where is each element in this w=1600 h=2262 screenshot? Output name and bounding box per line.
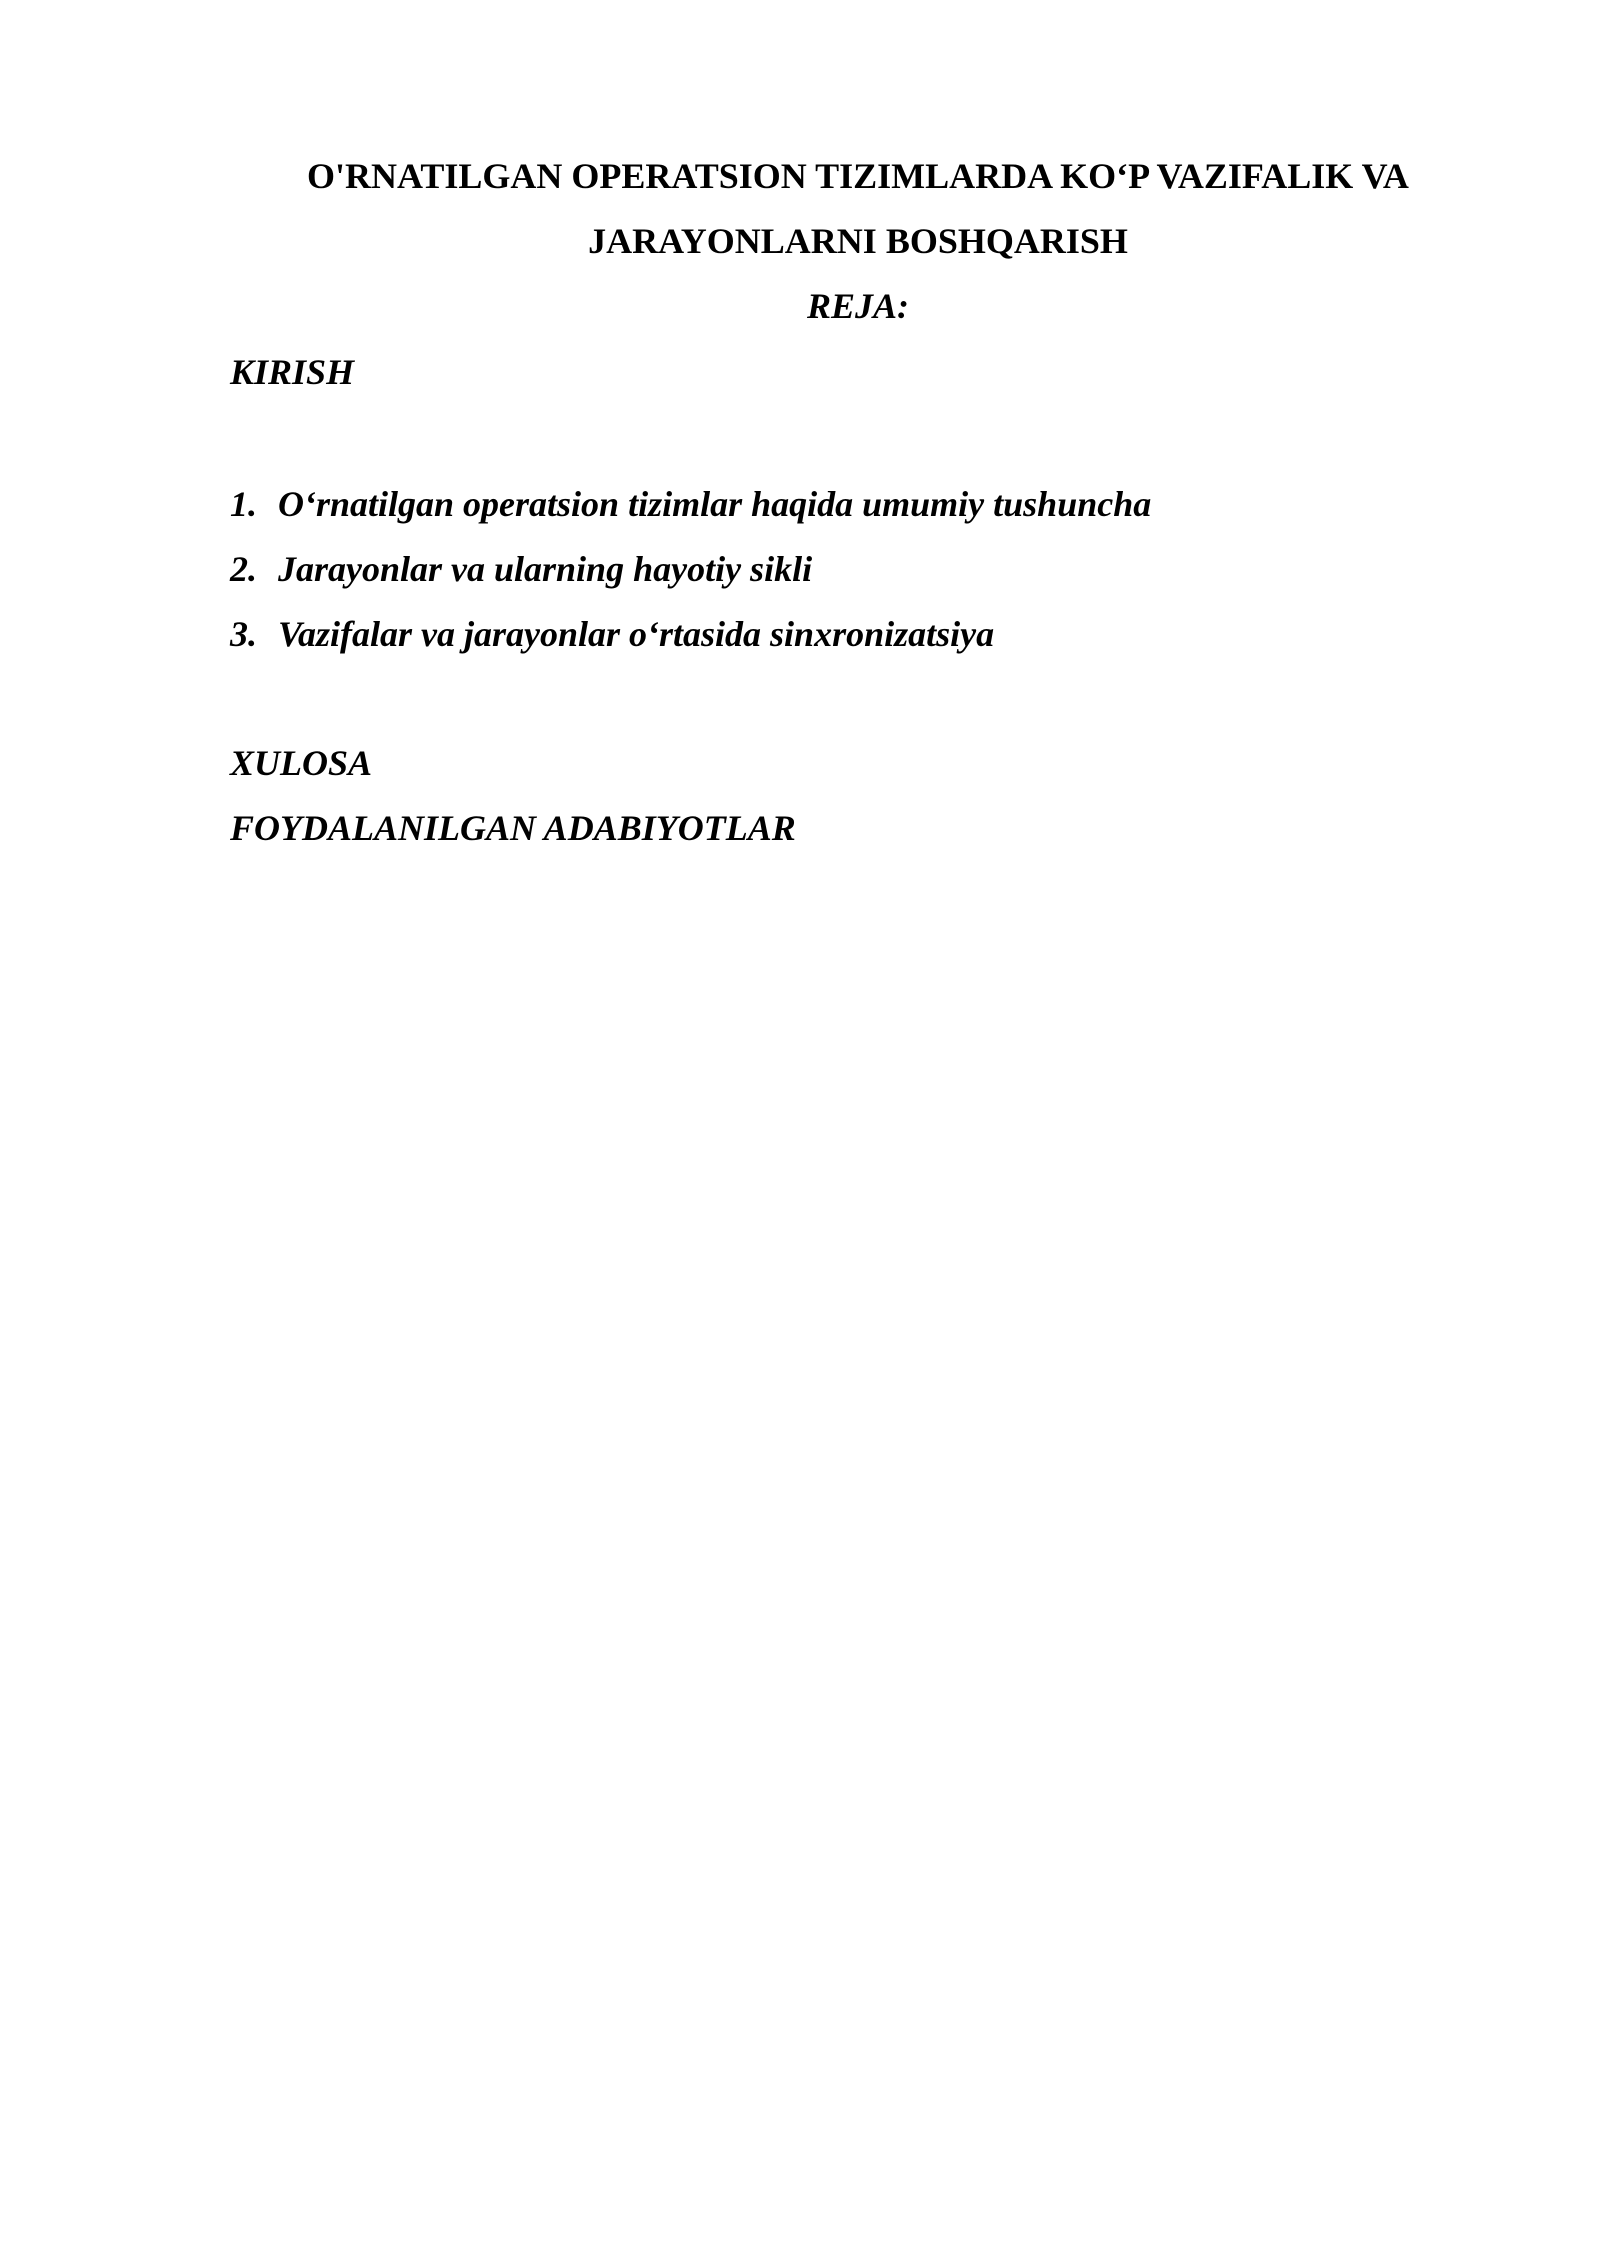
document-title-line-2: JARAYONLARNI BOSHQARISH xyxy=(0,219,1600,263)
conclusion-heading: XULOSA xyxy=(230,741,372,785)
plan-heading: REJA: xyxy=(0,284,1600,328)
document-title-line-1: O'RNATILGAN OPERATSION TIZIMLARDA KO‘P V… xyxy=(0,154,1600,198)
plan-item-number: 2. xyxy=(230,547,278,591)
references-heading: FOYDALANILGAN ADABIYOTLAR xyxy=(230,806,796,850)
introduction-heading: KIRISH xyxy=(230,350,354,394)
plan-item-text: Jarayonlar va ularning hayotiy sikli xyxy=(278,549,812,589)
document-page: O'RNATILGAN OPERATSION TIZIMLARDA KO‘P V… xyxy=(0,0,1600,2262)
plan-list-item: 2.Jarayonlar va ularning hayotiy sikli xyxy=(230,547,812,591)
plan-item-number: 3. xyxy=(230,612,278,656)
plan-list-item: 3.Vazifalar va jarayonlar o‘rtasida sinx… xyxy=(230,612,994,656)
plan-list-item: 1.O‘rnatilgan operatsion tizimlar haqida… xyxy=(230,482,1151,526)
plan-item-number: 1. xyxy=(230,482,278,526)
plan-item-text: Vazifalar va jarayonlar o‘rtasida sinxro… xyxy=(278,614,994,654)
plan-item-text: O‘rnatilgan operatsion tizimlar haqida u… xyxy=(278,484,1151,524)
